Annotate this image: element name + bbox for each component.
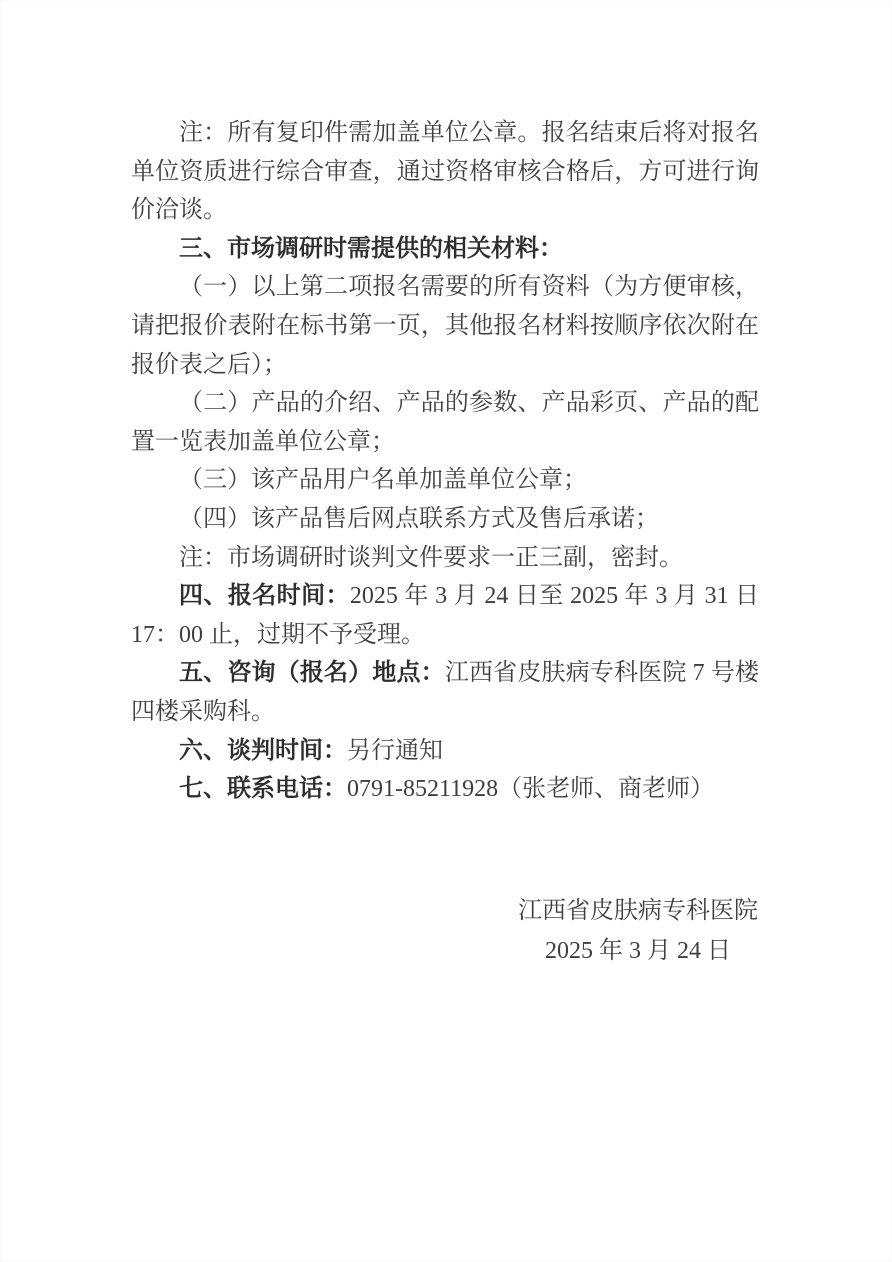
body-text: （一）以上第二项报名需要的所有资料（为方便审核，请把报价表附在标书第一页，其他报… [131, 274, 759, 377]
paragraph-stamp-note: 注：所有复印件需加盖单位公章。报名结束后将对报名单位资质进行综合审查，通过资格审… [131, 114, 759, 230]
signature-block: 江西省皮肤病专科医院 2025 年 3 月 24 日 [518, 891, 758, 971]
section-5-location: 五、咨询（报名）地点：江西省皮肤病专科医院 7 号楼四楼采购科。 [131, 654, 759, 731]
section-6-negotiation-time: 六、谈判时间：另行通知 [131, 732, 759, 771]
section-3-heading: 三、市场调研时需提供的相关材料： [131, 230, 759, 269]
document-body: 注：所有复印件需加盖单位公章。报名结束后将对报名单位资质进行综合审查，通过资格审… [131, 114, 759, 809]
signature-organization: 江西省皮肤病专科医院 [518, 891, 758, 931]
document-page: 注：所有复印件需加盖单位公章。报名结束后将对报名单位资质进行综合审查，通过资格审… [0, 0, 892, 1262]
body-text: （二）产品的介绍、产品的参数、产品彩页、产品的配置一览表加盖单位公章； [131, 390, 759, 455]
section-label: 四、报名时间： [179, 583, 350, 609]
section-label: 五、咨询（报名）地点： [179, 660, 445, 686]
section-label: 六、谈判时间： [179, 738, 347, 764]
body-text: 注：市场调研时谈判文件要求一正三副，密封。 [179, 545, 683, 571]
section-7-contact-phone: 七、联系电话：0791-85211928（张老师、商老师） [131, 770, 759, 809]
section-value: 另行通知 [347, 738, 443, 764]
section-4-registration-time: 四、报名时间：2025 年 3 月 24 日至 2025 年 3 月 31 日 … [131, 577, 759, 654]
section-value: 0791-85211928（张老师、商老师） [347, 776, 714, 802]
item-3-user-list: （三）该产品用户名单加盖单位公章； [131, 461, 759, 500]
note-negotiation-docs: 注：市场调研时谈判文件要求一正三副，密封。 [131, 539, 759, 578]
item-4-after-sales: （四）该产品售后网点联系方式及售后承诺； [131, 500, 759, 539]
item-2-product-docs: （二）产品的介绍、产品的参数、产品彩页、产品的配置一览表加盖单位公章； [131, 384, 759, 461]
signature-date: 2025 年 3 月 24 日 [518, 931, 758, 971]
item-1-materials: （一）以上第二项报名需要的所有资料（为方便审核，请把报价表附在标书第一页，其他报… [131, 268, 759, 384]
body-text: 注：所有复印件需加盖单位公章。报名结束后将对报名单位资质进行综合审查，通过资格审… [131, 120, 759, 223]
section-label: 七、联系电话： [179, 776, 347, 802]
body-text: （三）该产品用户名单加盖单位公章； [179, 467, 587, 493]
body-text: （四）该产品售后网点联系方式及售后承诺； [179, 506, 659, 532]
section-heading-text: 三、市场调研时需提供的相关材料： [179, 236, 563, 262]
